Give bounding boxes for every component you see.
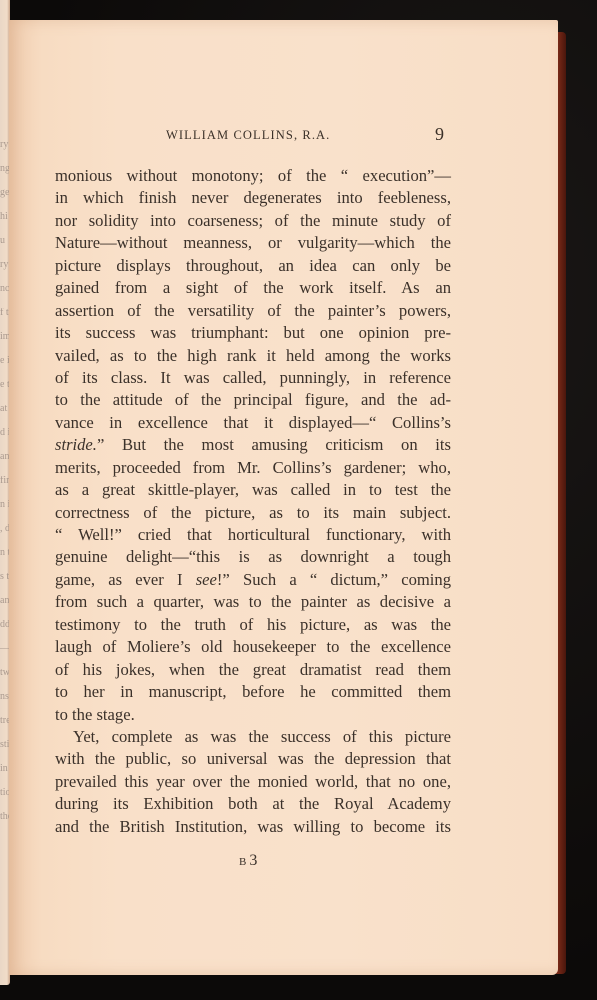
italic-word: stride.	[55, 435, 97, 454]
text-line: nor solidity into coarseness; of the min…	[55, 210, 451, 232]
body-text: monious without monotony; of the “ execu…	[55, 165, 451, 838]
text-line: and the British Institution, was willing…	[55, 816, 451, 838]
text-line: from such a quarter, was to the painter …	[55, 591, 451, 613]
text-line: game, as ever I see!” Such a “ dictum,” …	[55, 569, 451, 591]
text-line: picture displays throughout, an idea can…	[55, 255, 451, 277]
book-page: WILLIAM COLLINS, R.A. 9 monious without …	[9, 20, 558, 975]
text-line: its success was triumphant: but one opin…	[55, 322, 451, 344]
text-line: vance in excellence that it displayed—“ …	[55, 412, 451, 434]
text-line: in which finish never degenerates into f…	[55, 187, 451, 209]
page-number: 9	[435, 124, 444, 145]
text-line: to the attitude of the principal figure,…	[55, 389, 451, 411]
running-head: WILLIAM COLLINS, R.A. 9	[9, 128, 558, 148]
text-line: gained from a sight of the work itself. …	[55, 277, 451, 299]
text-line: with the public, so universal was the de…	[55, 748, 451, 770]
text-line: of his jokes, when the great dramatist r…	[55, 659, 451, 681]
printer-signature-mark: B3	[239, 852, 259, 870]
italic-word: see	[196, 570, 217, 589]
signature-number: 3	[249, 852, 259, 869]
text-line: vailed, as to the high rank it held amon…	[55, 345, 451, 367]
text-line: monious without monotony; of the “ execu…	[55, 165, 451, 187]
text-line: to her in manuscript, before he committe…	[55, 681, 451, 703]
text-line: testimony to the truth of his picture, a…	[55, 614, 451, 636]
signature-letter: B	[239, 856, 249, 868]
paragraph-end-line: to the stage.	[55, 704, 451, 726]
text-line: assertion of the versatility of the pain…	[55, 300, 451, 322]
text-line: of its class. It was called, punningly, …	[55, 367, 451, 389]
text-line: Nature—without meanness, or vulgarity—wh…	[55, 232, 451, 254]
text-line: as a great skittle-player, was called in…	[55, 479, 451, 501]
text-line: “ Well!” cried that horticultural functi…	[55, 524, 451, 546]
text-line: prevailed this year over the monied worl…	[55, 771, 451, 793]
text-line: laugh of Moliere’s old housekeeper to th…	[55, 636, 451, 658]
text-line: correctness of the picture, as to its ma…	[55, 502, 451, 524]
paragraph-start-line: Yet, complete as was the success of this…	[55, 726, 451, 748]
running-head-title: WILLIAM COLLINS, R.A.	[166, 128, 330, 143]
text-line: during its Exhibition both at the Royal …	[55, 793, 451, 815]
text-line: genuine delight—“this is as downright a …	[55, 546, 451, 568]
text-line: stride.” But the most amusing criticism …	[55, 434, 451, 456]
text-line: merits, proceeded from Mr. Collins’s gar…	[55, 457, 451, 479]
